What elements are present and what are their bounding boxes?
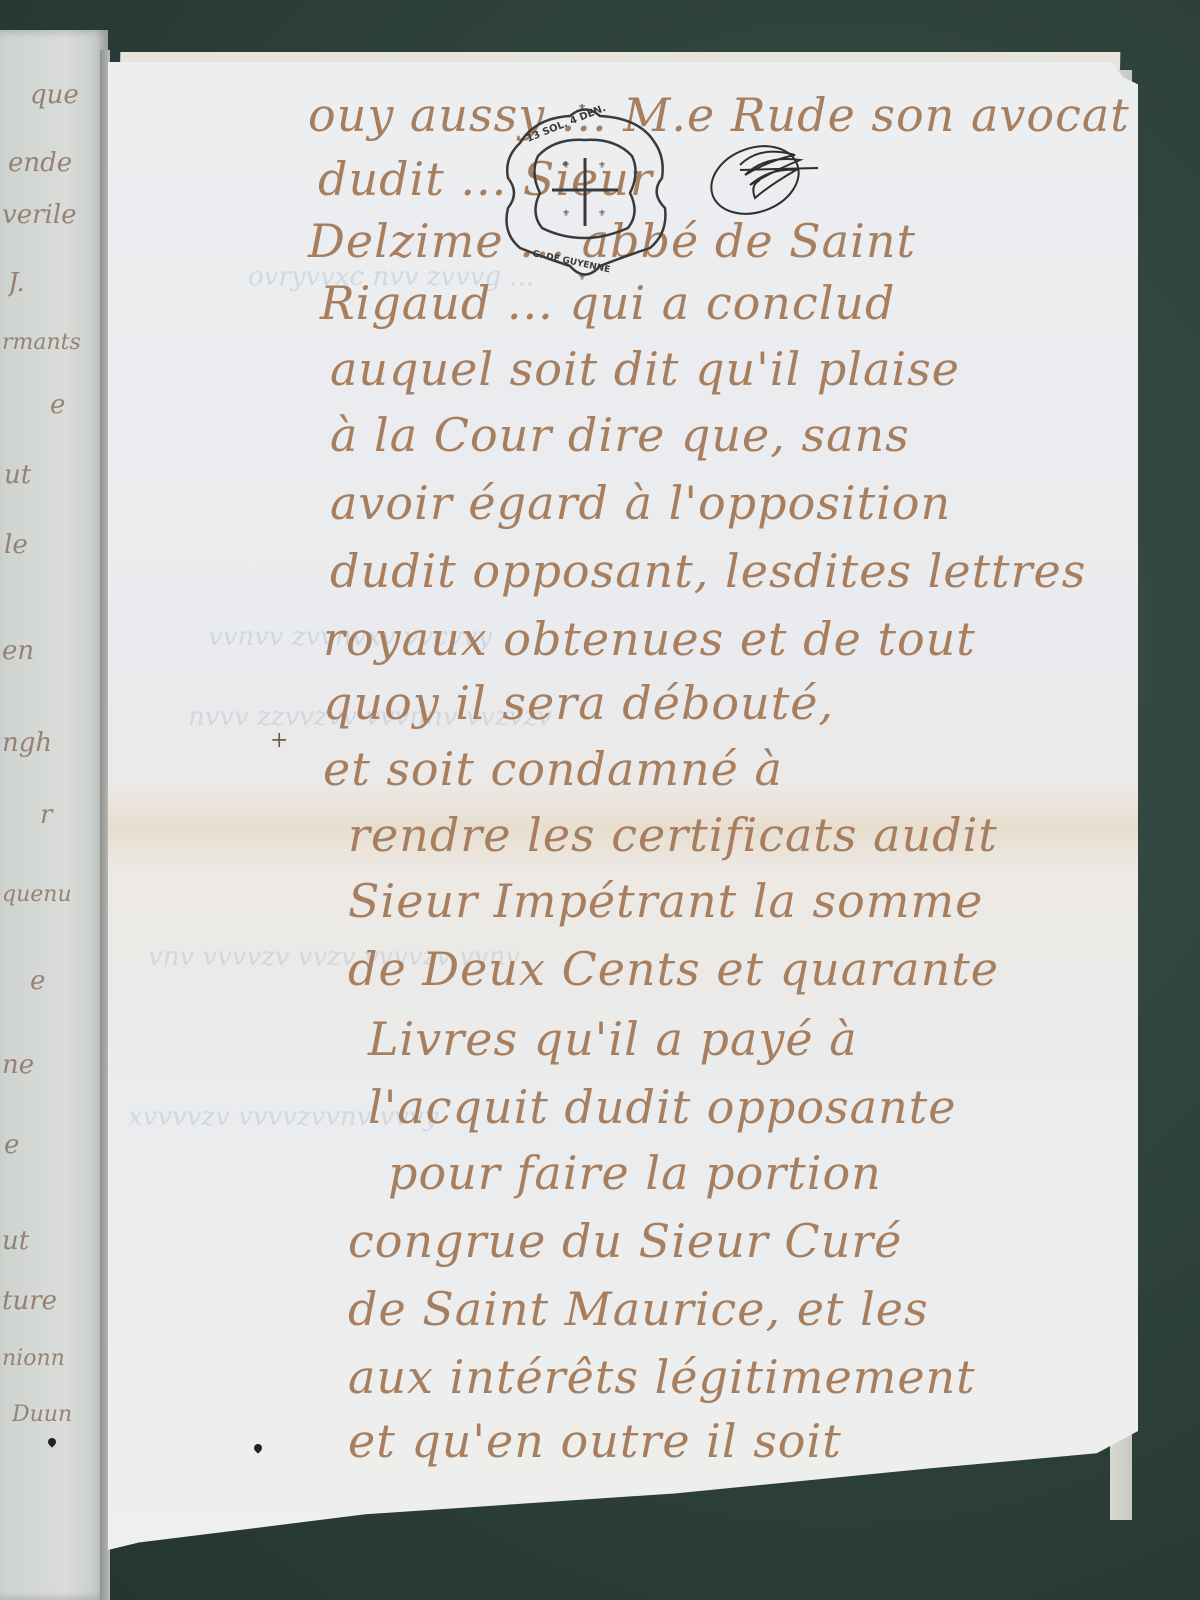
manuscript-line: à la Cour dire que, sans bbox=[330, 408, 910, 462]
manuscript-line: de Deux Cents et quarante bbox=[348, 942, 999, 996]
tax-stamp: ⚜⚜ ⚜⚜ ⚜⚜ 13 SOL. 4 DEN. G. DE GUYENNE bbox=[490, 98, 680, 283]
facing-page-fragment: ne bbox=[2, 1050, 110, 1080]
svg-text:⚜: ⚜ bbox=[578, 273, 586, 283]
manuscript-line: l'acquit dudit opposante bbox=[368, 1080, 956, 1134]
manuscript-line: congrue du Sieur Curé bbox=[348, 1214, 902, 1268]
facing-page-fragment: ngh bbox=[2, 728, 110, 758]
facing-page-fragment: nionn bbox=[2, 1346, 110, 1371]
facing-page-fragment: en bbox=[2, 636, 110, 666]
manuscript-line: rendre les certificats audit bbox=[348, 808, 998, 862]
cross-fleur-de-lis-icon: ⚜⚜ ⚜⚜ ⚜⚜ 13 SOL. 4 DEN. G. DE GUYENNE bbox=[490, 98, 680, 283]
manuscript-line: Sieur Impétrant la somme bbox=[348, 874, 983, 928]
svg-text:⚜: ⚜ bbox=[562, 209, 570, 219]
svg-text:⚜: ⚜ bbox=[562, 161, 570, 171]
ink-spot bbox=[46, 1436, 57, 1447]
facing-page-fragment: e bbox=[4, 1130, 112, 1160]
manuscript-line: auquel soit dit qu'il plaise bbox=[330, 342, 960, 396]
manuscript-line: dudit opposant, lesdites lettres bbox=[330, 544, 1086, 598]
manuscript-line: Livres qu'il a payé à bbox=[368, 1012, 858, 1066]
facing-page-fragment: le bbox=[4, 530, 112, 560]
facing-page-fragment: quenu bbox=[2, 882, 110, 907]
facing-page-fragment: verile bbox=[2, 200, 110, 230]
manuscript-line: aux intérêts légitimement bbox=[348, 1350, 976, 1404]
manuscript-page: ovryvvxc nvv zvvvg ... vvnvv zvvnvxv vvc… bbox=[108, 62, 1138, 1550]
manuscript-line: royaux obtenues et de tout bbox=[323, 612, 976, 666]
facing-page: que ende verile J. rmants e ut le en ngh… bbox=[0, 30, 108, 1600]
manuscript-line: Rigaud ... qui a conclud bbox=[320, 276, 895, 330]
manuscript-line: quoy il sera débouté, bbox=[323, 676, 834, 730]
facing-page-fragment: ut bbox=[4, 460, 112, 490]
facing-page-fragment: ture bbox=[2, 1286, 110, 1316]
facing-page-fragment: ut bbox=[2, 1226, 110, 1256]
ink-spot bbox=[252, 1442, 263, 1453]
manuscript-line: de Saint Maurice, et les bbox=[348, 1282, 929, 1336]
facing-page-fragment: rmants bbox=[2, 330, 110, 355]
manuscript-line: avoir égard à l'opposition bbox=[330, 476, 951, 530]
paraph-signature-icon bbox=[700, 130, 820, 220]
margin-mark: + bbox=[270, 728, 288, 753]
manuscript-line: pour faire la portion bbox=[388, 1146, 882, 1200]
manuscript-line: et soit condamné à bbox=[323, 742, 783, 796]
manuscript-line: et qu'en outre il soit bbox=[348, 1414, 842, 1468]
stamp-generality: G. DE GUYENNE bbox=[531, 249, 611, 275]
svg-text:⚜: ⚜ bbox=[598, 209, 606, 219]
svg-text:⚜: ⚜ bbox=[598, 161, 606, 171]
